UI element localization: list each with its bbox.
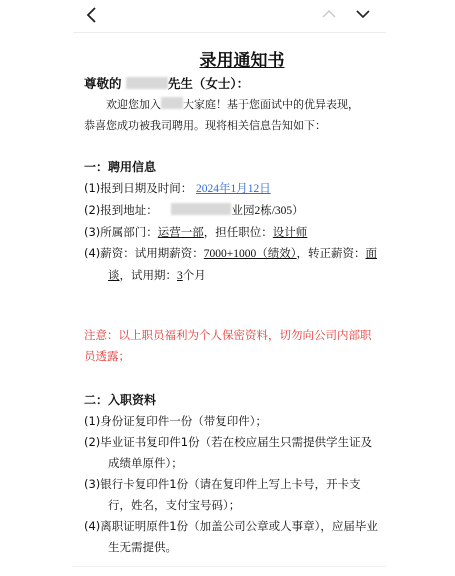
document-title: 录用通知书 [104,48,380,74]
intro-text-b: 大家庭！基于您面试中的优异表现， [183,98,359,111]
report-address-label: (2)报到地址： [84,203,158,217]
department-label: (3)所属部门： [84,225,158,239]
onboarding-item-3: (3)银行卡复印件1份（请在复印件上写上卡号，开卡支行，姓名，支付宝号码）； [84,474,380,516]
greeting-prefix: 尊敬的 [84,76,122,91]
report-date-label: (1)报到日期及时间： [84,181,192,195]
position-label: ，担任职位： [204,225,273,239]
onboarding-item-4: (4)离职证明原件1份（加盖公司公章或人事章），应届毕业生无需提供。 [84,516,380,558]
offer-letter-document: 录用通知书 尊敬的 先生（女士）： 欢迎您加入大家庭！基于您面试中的优异表现， … [84,48,380,558]
regular-salary-label: ，转正薪资： [297,246,366,260]
chevron-left-icon[interactable] [85,6,99,24]
department-line: (3)所属部门：运营一部，担任职位：设计师 [84,222,380,243]
probation-period-unit: 个月 [183,268,206,282]
report-address-line: (2)报到地址： 业园2栋/305） [84,200,380,222]
probation-salary-label: (4)薪资：试用期薪资： [84,246,204,260]
chevron-down-icon[interactable] [355,6,371,22]
confidentiality-notice: 注意：以上职员福利为个人保密资料，切勿向公司内部职员透露； [84,325,380,367]
chevron-up-icon[interactable] [321,6,337,22]
report-date-line: (1)报到日期及时间： 2024年1月12日 [84,178,380,200]
intro-text-a: 欢迎您加入 [106,98,161,111]
position-value: 设计师 [273,225,308,239]
greeting: 尊敬的 先生（女士）： [84,74,380,94]
redacted-name [126,77,168,89]
section-heading-onboarding-docs: 二：入职资料 [84,389,380,411]
redacted-address [171,203,231,215]
report-address-value: 业园2栋/305） [231,205,303,217]
bottom-divider [73,566,386,567]
intro-line-1: 欢迎您加入大家庭！基于您面试中的优异表现， [84,94,380,115]
intro-line-2: 恭喜您成功被我司聘用。现将相关信息告知如下： [84,115,380,136]
department-value: 运营一部 [158,225,204,239]
report-date-link[interactable]: 2024年1月12日 [196,183,271,195]
greeting-suffix: 先生（女士）： [168,76,249,91]
probation-salary-value: 7000+1000（绩效） [204,248,297,260]
probation-period-label: ，试用期： [120,268,178,282]
salary-line: (4)薪资：试用期薪资：7000+1000（绩效），转正薪资：面谈，试用期：3个… [84,243,380,287]
onboarding-item-1: (1)身份证复印件一份（带复印件）； [84,411,380,432]
onboarding-item-2: (2)毕业证书复印件1份（若在校应届生只需提供学生证及成绩单原件）； [84,432,380,474]
redacted-company [161,97,183,109]
section-heading-hiring-info: 一：聘用信息 [84,156,380,178]
top-nav-bar [73,0,386,33]
